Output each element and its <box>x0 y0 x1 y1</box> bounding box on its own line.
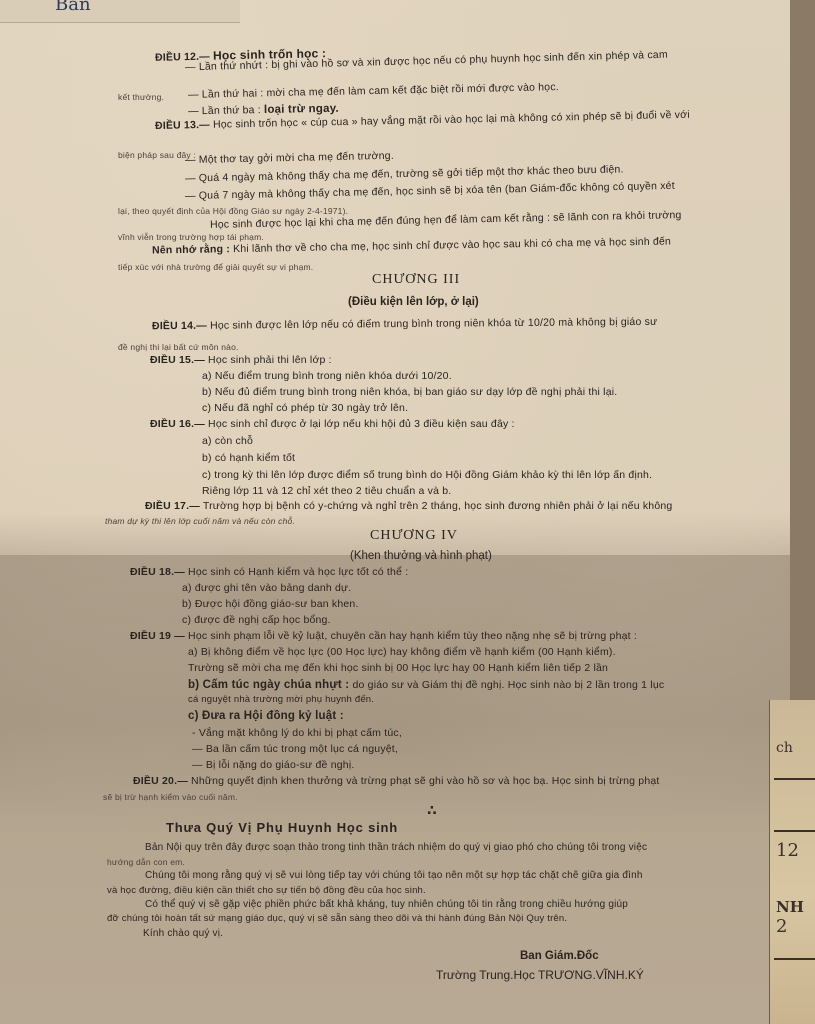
dieu-19-item-a-cont: Trường sẽ mời cha mẹ đến khi học sinh bị… <box>188 662 608 674</box>
article-body: Học sinh được lên lớp nếu có điểm trung … <box>210 316 657 332</box>
dieu-19-text: ĐIỀU 19 — Học sinh phạm lỗi về kỷ luật, … <box>130 630 637 642</box>
dieu-16-item-c: c) trong kỳ thi lên lớp được điểm số tru… <box>202 469 652 481</box>
article-number: ĐIỀU 20.— <box>133 775 188 787</box>
signature-title: Ban Giám.Đốc <box>520 950 599 962</box>
dieu-14-text: ĐIỀU 14.— Học sinh được lên lớp nếu có đ… <box>152 316 657 332</box>
dieu-13-note-cont: tiếp xúc với nhà trường để giải quyết sự… <box>118 262 313 272</box>
letter-closing: Kính chào quý vị. <box>143 928 223 939</box>
side-rule <box>774 958 815 960</box>
dieu-15-item-b: b) Nếu đủ điểm trung bình trong niên khó… <box>202 386 617 398</box>
item-bold-text: loại trừ ngay. <box>264 103 339 116</box>
article-number: ĐIỀU 16.— <box>150 418 205 430</box>
article-body: Trường hợp bị bệnh có y-chứng và nghỉ tr… <box>203 500 673 512</box>
letter-line: Bản Nội quy trên đây được soạn thảo tron… <box>145 842 647 853</box>
side-text: ch <box>776 740 793 756</box>
note-label: Nên nhớ rằng : <box>152 243 230 256</box>
article-number: ĐIỀU 17.— <box>145 500 200 512</box>
note-text: Khi lãnh thơ về cho cha mẹ, học sinh chỉ… <box>233 235 671 255</box>
letter-line: Chúng tôi mong rằng quý vị sẽ vui lòng t… <box>145 870 643 881</box>
dieu-16-item-a: a) còn chỗ <box>202 435 253 447</box>
article-body: Học sinh phải thi lên lớp : <box>208 354 332 366</box>
background-paper-edge: ch 12 NH 2 <box>769 700 815 1024</box>
item-label: b) Cấm túc ngày chúa nhựt : <box>188 679 349 691</box>
dieu-20-cont: sẽ bị trừ hạnh kiểm vào cuối năm. <box>103 792 238 802</box>
article-body: Học sinh chỉ được ở lại lớp nếu khi hội … <box>208 418 515 430</box>
article-body: Học sinh phạm lỗi về kỷ luật, chuyên cần… <box>188 630 637 642</box>
item-text: do giáo sư và Giám thị đề nghị. Học sinh… <box>352 679 664 691</box>
dieu-19-item-a: a) Bị không điểm về học lực (00 Học lực)… <box>188 646 616 658</box>
letter-line: Có thể quý vị sẽ gặp việc phiền phức bất… <box>145 899 628 910</box>
letter-line: hướng dẫn con em. <box>107 857 185 867</box>
chapter-3-subtitle: (Điều kiện lên lớp, ở lại) <box>348 296 479 308</box>
dieu-13-item: lại, theo quyết định của Hội đồng Giáo s… <box>118 206 348 216</box>
dieu-18-item-b: b) Được hội đồng giáo-sư ban khen. <box>182 598 359 610</box>
dieu-17-text: ĐIỀU 17.— Trường hợp bị bệnh có y-chứng … <box>145 500 672 512</box>
torn-paper-scrap: Bản <box>0 0 240 23</box>
article-number: ĐIỀU 13.— <box>155 119 210 132</box>
chapter-3-title: CHƯƠNG III <box>372 272 460 288</box>
side-rule <box>774 830 815 832</box>
chapter-4-title: CHƯƠNG IV <box>370 528 458 544</box>
dieu-16-item-b: b) có hạnh kiểm tốt <box>202 452 295 464</box>
dieu-15-item-a: a) Nếu điểm trung bình trong niên khóa d… <box>202 370 452 382</box>
dieu-18-text: ĐIỀU 18.— Học sinh có Hạnh kiểm và học l… <box>130 566 408 578</box>
item-label: — Lần thứ ba : <box>188 104 261 117</box>
document-page: Bản ĐIỀU 12.— Học sinh trốn học : — Lần … <box>0 0 790 1024</box>
dieu-19-item-c-1: - Vắng mặt không lý do khi bị phạt cấm t… <box>192 727 402 739</box>
dieu-14-cont: đề nghị thi lại bất cứ môn nào. <box>118 342 239 352</box>
letter-line: đỡ chúng tôi hoàn tất sứ mạng giáo dục, … <box>107 913 567 924</box>
signature-school: Trường Trung.Học TRƯƠNG.VĨNH.KÝ <box>436 968 644 982</box>
chapter-4-subtitle: (Khen thưởng và hình phạt) <box>350 550 492 562</box>
article-body: Những quyết định khen thưởng và trừng ph… <box>191 775 660 787</box>
dieu-16-note: Riêng lớp 11 và 12 chỉ xét theo 2 tiêu c… <box>202 485 451 497</box>
side-rule <box>774 778 815 780</box>
article-number: ĐIỀU 19 — <box>130 630 185 642</box>
dieu-13-item: — Quá 7 ngày mà không thấy cha mẹ đến, h… <box>185 180 675 202</box>
dieu-19-item-c-2: — Ba lần cấm túc trong một lục cá nguyệt… <box>192 743 398 755</box>
dieu-18-item-c: c) được đề nghị cấp học bổng. <box>182 614 331 626</box>
dieu-12-item-3: — Lần thứ ba : loại trừ ngay. <box>188 103 339 118</box>
side-text: NH <box>776 898 804 916</box>
dieu-16-text: ĐIỀU 16.— Học sinh chỉ được ở lại lớp nế… <box>150 418 515 430</box>
dieu-20-text: ĐIỀU 20.— Những quyết định khen thưởng v… <box>133 775 660 787</box>
article-number: ĐIỀU 18.— <box>130 566 185 578</box>
dieu-18-item-a: a) được ghi tên vào bảng danh dự. <box>182 582 351 594</box>
handwritten-fragment: Bản <box>55 0 91 15</box>
dieu-12-item-1-cont: kết thường. <box>118 92 164 102</box>
article-body: Học sinh có Hạnh kiểm và học lực tốt có … <box>188 566 408 578</box>
dieu-19-item-b: b) Cấm túc ngày chúa nhựt : do giáo sư v… <box>188 679 664 691</box>
dieu-19-item-c: c) Đưa ra Hội đồng kỷ luật : <box>188 710 344 722</box>
dieu-13-item: — Một thơ tay gởi mời cha mẹ đến trường. <box>185 150 394 166</box>
article-number: ĐIỀU 15.— <box>150 354 205 366</box>
ornament-dots: ∴ <box>427 803 437 817</box>
dieu-12-item-2: — Lần thứ hai : mời cha mẹ đến làm cam k… <box>188 81 559 101</box>
side-text: 12 <box>776 840 799 861</box>
article-number: ĐIỀU 14.— <box>152 320 207 332</box>
dieu-19-item-c-3: — Bị lỗi nặng do giáo-sư đề nghị. <box>192 759 354 771</box>
dieu-13-item: vĩnh viễn trong trường hợp tái phạm. <box>118 232 264 242</box>
dieu-17-cont: tham dự kỳ thi lên lớp cuối năm và nếu c… <box>105 516 295 526</box>
side-text: 2 <box>776 916 787 937</box>
letter-title: Thưa Quý Vị Phụ Huynh Học sinh <box>166 820 398 835</box>
dieu-15-text: ĐIỀU 15.— Học sinh phải thi lên lớp : <box>150 354 332 366</box>
letter-line: và học đường, điều kiện cần thiết cho sự… <box>107 885 426 896</box>
dieu-15-item-c: c) Nếu đã nghỉ có phép từ 30 ngày trở lê… <box>202 402 408 414</box>
dieu-19-item-b-cont: cá nguyệt nhà trường mời phụ huynh đến. <box>188 694 374 705</box>
